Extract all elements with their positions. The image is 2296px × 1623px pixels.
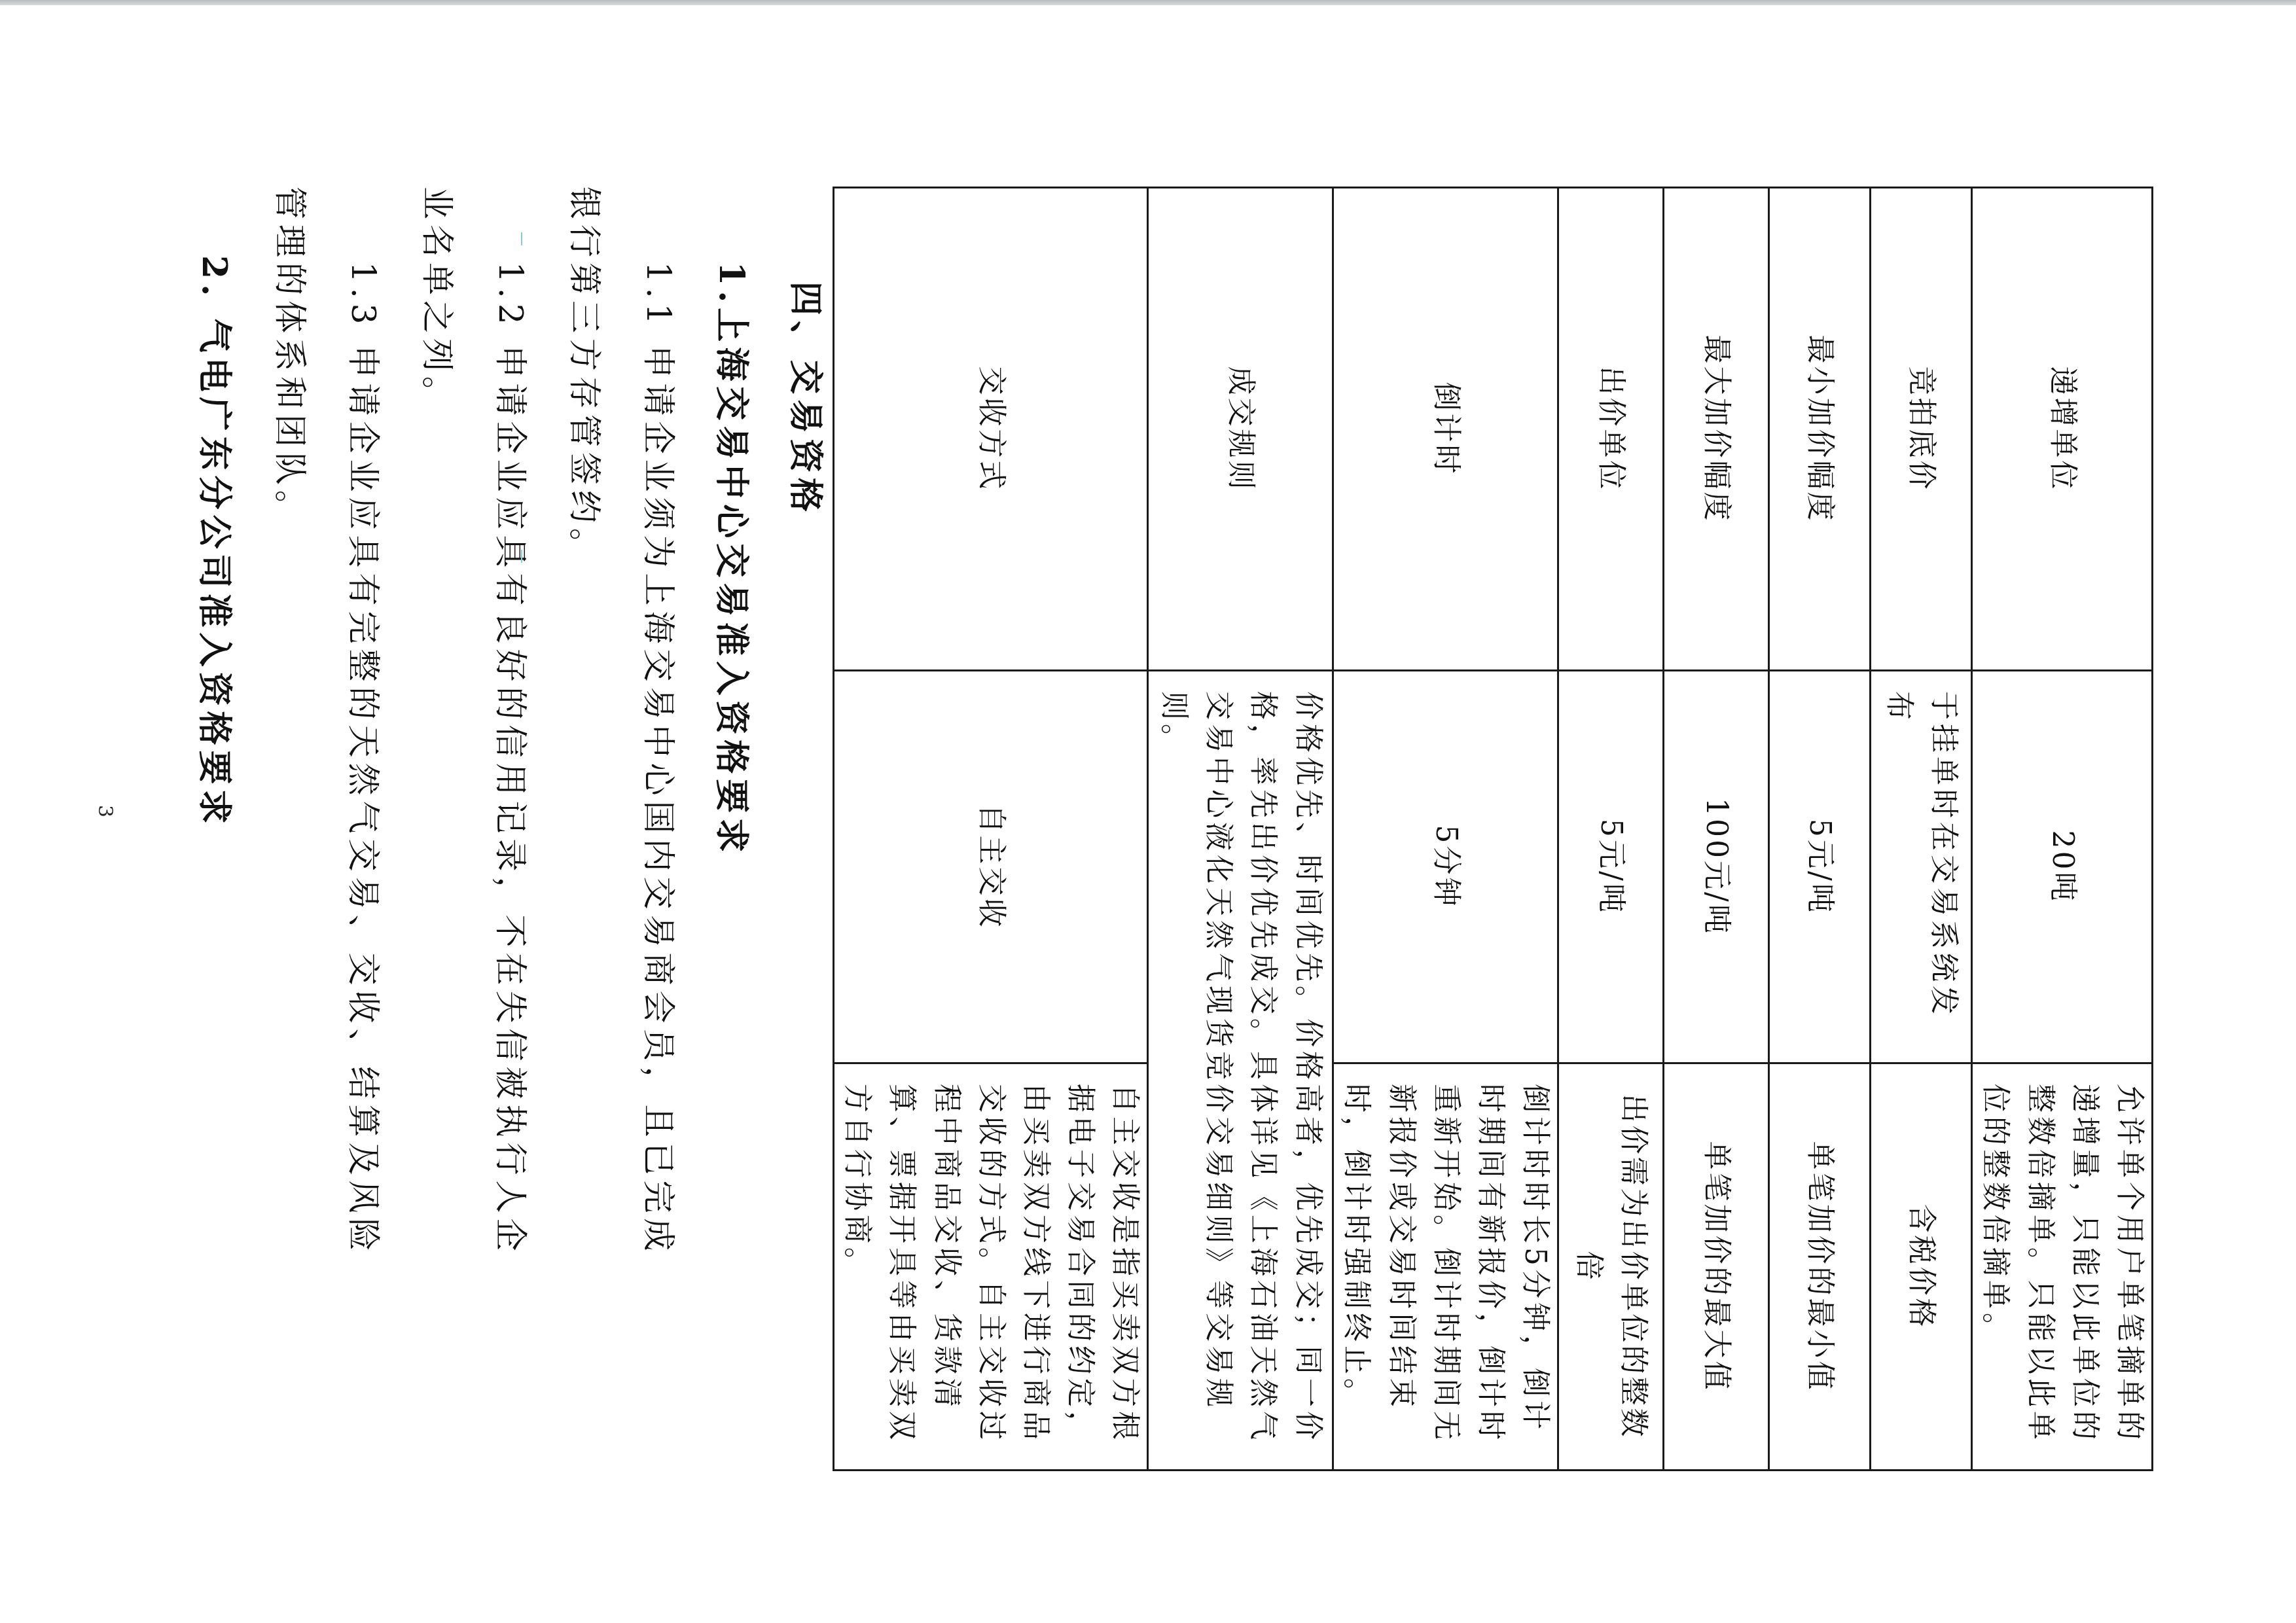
row-value: 20吨 [1972,671,2153,1063]
row-value: 5元/吨 [1558,671,1664,1063]
subsection-heading-1: 1.上海交易中心交易准入资格要求 [710,262,759,857]
row-merged-value: 价格优先、时间优先。价格高者，优先成交；同一价格，率先出价优先成交。具体详见《上… [1148,671,1333,1471]
table-row: 递增单位 20吨 允许单个用户单笔摘单的递增量，只能以此单位的整数倍摘单。只能以… [1972,188,2153,1471]
subsection-heading-2: 2. 气电广东分公司准入资格要求 [193,255,242,829]
page-number: 3 [94,805,117,817]
paragraph-1-3-line-2: 管理的体系和团队。 [269,187,316,528]
table-row: 出价单位 5元/吨 出价需为出价单位的整数倍 [1558,188,1664,1471]
row-value: 5分钟 [1333,671,1558,1063]
row-label: 出价单位 [1558,188,1664,671]
row-label: 最大加价幅度 [1664,188,1769,671]
row-label: 竞拍底价 [1871,188,1972,671]
row-label: 递增单位 [1972,188,2153,671]
row-label: 倒计时 [1333,188,1558,671]
auction-parameters-table: 递增单位 20吨 允许单个用户单笔摘单的递增量，只能以此单位的整数倍摘单。只能以… [833,187,2153,1471]
row-label: 交收方式 [834,188,1148,671]
table-row: 倒计时 5分钟 倒计时时长5分钟，倒计时期间有新报价，倒计时重新开始。倒计时期间… [1333,188,1558,1471]
table-row: 最小加价幅度 5元/吨 单笔加价的最小值 [1769,188,1871,1471]
row-value: 5元/吨 [1769,671,1871,1063]
section-heading: 四、交易资格 [784,281,833,517]
scan-artifact [521,232,522,245]
paragraph-1-1-line-1: 1.1 申请企业须为上海交易中心国内交易商会员，且已完成 [637,262,685,1256]
paragraph-1-2-line-2: 业名单之列。 [416,187,463,414]
paragraph-1-2-line-1: 1.2 申请企业应具有良好的信用记录，不在失信被执行人企 [490,262,537,1256]
row-label: 最小加价幅度 [1769,188,1871,671]
row-description: 出价需为出价单位的整数倍 [1558,1063,1664,1471]
table-row: 交收方式 自主交收 自主交收是指买卖双方根据电子交易合同的约定，由买卖双方线下进… [834,188,1148,1471]
rotated-page: 递增单位 20吨 允许单个用户单笔摘单的递增量，只能以此单位的整数倍摘单。只能以… [0,0,2296,1623]
row-value: 于挂单时在交易系统发布 [1871,671,1972,1063]
row-label: 成交规则 [1148,188,1333,671]
scan-artifact [521,550,522,563]
row-description: 允许单个用户单笔摘单的递增量，只能以此单位的整数倍摘单。只能以此单位的整数倍摘单… [1972,1063,2153,1471]
paragraph-1-3-line-1: 1.3 申请企业应具有完整的天然气交易、交收、结算及风险 [342,262,389,1256]
table-row: 成交规则 价格优先、时间优先。价格高者，优先成交；同一价格，率先出价优先成交。具… [1148,188,1333,1471]
row-value: 自主交收 [834,671,1148,1063]
row-description: 单笔加价的最小值 [1769,1063,1871,1471]
row-description: 含税价格 [1871,1063,1972,1471]
table-row: 最大加价幅度 100元/吨 单笔加价的最大值 [1664,188,1769,1471]
row-description: 倒计时时长5分钟，倒计时期间有新报价，倒计时重新开始。倒计时期间无新报价或交易时… [1333,1063,1558,1471]
row-description: 自主交收是指买卖双方根据电子交易合同的约定，由买卖双方线下进行商品交收的方式。自… [834,1063,1148,1471]
table-row: 竞拍底价 于挂单时在交易系统发布 含税价格 [1871,188,1972,1471]
row-description: 单笔加价的最大值 [1664,1063,1769,1471]
row-value: 100元/吨 [1664,671,1769,1063]
paragraph-1-1-line-2: 银行第三方存管签约。 [564,187,611,566]
